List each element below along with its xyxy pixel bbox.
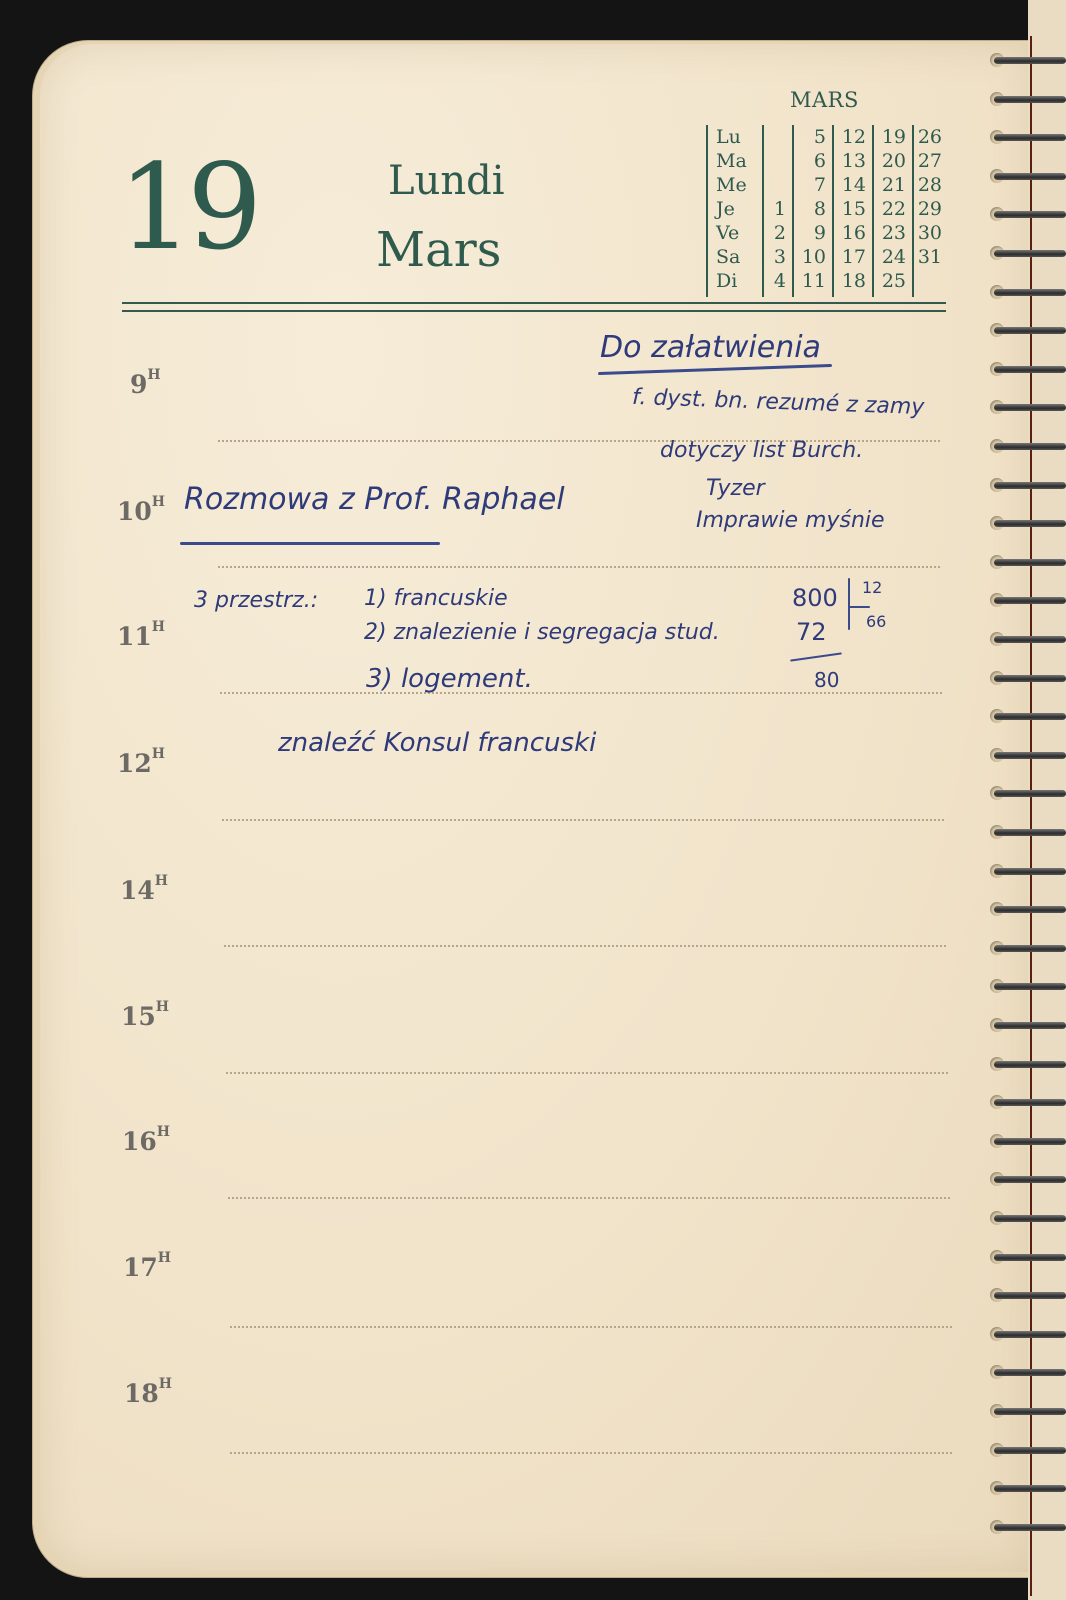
dotted-line xyxy=(228,1197,950,1199)
calendar-date: 23 xyxy=(876,221,906,245)
spiral-ring xyxy=(990,1364,1066,1380)
dotted-line xyxy=(226,1072,948,1074)
points-label: 3 przestrz.: xyxy=(194,588,318,613)
spiral-ring xyxy=(990,1519,1066,1535)
spiral-ring xyxy=(990,1249,1066,1265)
calendar-date: 15 xyxy=(836,197,866,221)
dotted-line xyxy=(218,566,940,568)
calendar-day-label: Me xyxy=(716,173,756,197)
point-item: 3) logement. xyxy=(366,664,533,694)
header-rule xyxy=(122,310,946,312)
dotted-line xyxy=(220,692,942,694)
dotted-line xyxy=(224,945,946,947)
spiral-ring xyxy=(990,824,1066,840)
spiral-ring xyxy=(990,1442,1066,1458)
spiral-ring xyxy=(990,901,1066,917)
spiral-ring xyxy=(990,245,1066,261)
binding-line xyxy=(1030,36,1032,1596)
calendar-date: 22 xyxy=(876,197,906,221)
todo-heading: Do załatwienia xyxy=(600,330,821,365)
spiral-ring xyxy=(990,1133,1066,1149)
month-name: Mars xyxy=(376,222,501,278)
todo-item: Tyzer xyxy=(706,476,765,501)
spiral-ring xyxy=(990,129,1066,145)
spiral-ring xyxy=(990,708,1066,724)
hour-label-12: 12H xyxy=(117,749,165,778)
find-note: znaleźć Konsul francuski xyxy=(278,728,596,758)
spiral-ring xyxy=(990,1056,1066,1072)
spiral-ring xyxy=(990,592,1066,608)
calendar-day-label: Sa xyxy=(716,245,756,269)
spiral-ring xyxy=(990,1480,1066,1496)
calendar-date: 11 xyxy=(796,269,826,293)
calendar-date: 1 xyxy=(756,197,786,221)
calendar-date: 31 xyxy=(912,245,942,269)
calendar-date: 29 xyxy=(912,197,942,221)
hour-label-10: 10H xyxy=(117,497,165,526)
dotted-line xyxy=(230,1326,952,1328)
spiral-ring xyxy=(990,978,1066,994)
spiral-ring xyxy=(990,747,1066,763)
calendar-day-label: Lu xyxy=(716,125,756,149)
hour-label-14: 14H xyxy=(120,876,168,905)
spiral-ring xyxy=(990,361,1066,377)
calendar-date: 6 xyxy=(796,149,826,173)
todo-item: dotyczy list Burch. xyxy=(660,438,863,463)
calc-result: 80 xyxy=(814,668,839,692)
hour-label-11: 11H xyxy=(117,622,165,651)
spiral-ring xyxy=(990,1403,1066,1419)
hour-label-9: 9H xyxy=(130,370,161,399)
calendar-date: 28 xyxy=(912,173,942,197)
spiral-ring xyxy=(990,631,1066,647)
calendar-divider xyxy=(832,125,834,297)
calc-value: 12 xyxy=(862,578,882,597)
calendar-divider xyxy=(872,125,874,297)
calendar-date: 9 xyxy=(796,221,826,245)
calendar-day-label: Di xyxy=(716,269,756,293)
spiral-ring xyxy=(990,670,1066,686)
dotted-line xyxy=(222,819,944,821)
spiral-ring xyxy=(990,785,1066,801)
calendar-date: 17 xyxy=(836,245,866,269)
mini-calendar-title: MARS xyxy=(790,88,859,112)
calendar-date: 25 xyxy=(876,269,906,293)
calc-value: 72 xyxy=(796,618,827,646)
day-number: 19 xyxy=(118,148,256,266)
calendar-date: 24 xyxy=(876,245,906,269)
weekday: Lundi xyxy=(388,158,504,204)
calendar-divider xyxy=(792,125,794,297)
spiral-ring xyxy=(990,322,1066,338)
calendar-date: 12 xyxy=(836,125,866,149)
calc-divider xyxy=(848,578,850,630)
spiral-ring xyxy=(990,940,1066,956)
meeting-underline xyxy=(180,542,440,545)
calendar-date: 26 xyxy=(912,125,942,149)
calc-value: 800 xyxy=(792,584,838,612)
header-rule xyxy=(122,302,946,304)
spiral-ring xyxy=(990,1017,1066,1033)
spiral-ring xyxy=(990,863,1066,879)
calendar-date: 30 xyxy=(912,221,942,245)
calendar-date: 27 xyxy=(912,149,942,173)
calendar-date: 2 xyxy=(756,221,786,245)
calc-value: 66 xyxy=(866,612,886,631)
calendar-date: 10 xyxy=(796,245,826,269)
calendar-date: 8 xyxy=(796,197,826,221)
todo-item: Imprawie myśnie xyxy=(696,508,885,533)
spiral-ring xyxy=(990,91,1066,107)
calendar-day-label: Ve xyxy=(716,221,756,245)
calendar-date: 19 xyxy=(876,125,906,149)
spiral-ring xyxy=(990,515,1066,531)
calendar-date: 18 xyxy=(836,269,866,293)
calendar-date: 20 xyxy=(876,149,906,173)
point-item: 1) francuskie xyxy=(364,586,508,611)
dotted-line xyxy=(230,1452,952,1454)
calendar-day-label: Ma xyxy=(716,149,756,173)
calc-divider xyxy=(848,606,870,608)
spiral-ring xyxy=(990,168,1066,184)
spiral-ring xyxy=(990,1094,1066,1110)
calendar-date: 7 xyxy=(796,173,826,197)
spiral-ring xyxy=(990,399,1066,415)
point-item: 2) znalezienie i segregacja stud. xyxy=(364,620,720,645)
calendar-date: 14 xyxy=(836,173,866,197)
spiral-ring xyxy=(990,1210,1066,1226)
calendar-date: 3 xyxy=(756,245,786,269)
hour-label-15: 15H xyxy=(121,1002,169,1031)
calendar-date: 5 xyxy=(796,125,826,149)
spiral-ring xyxy=(990,52,1066,68)
spiral-ring xyxy=(990,438,1066,454)
calendar-date: 13 xyxy=(836,149,866,173)
spiral-ring xyxy=(990,284,1066,300)
spiral-ring xyxy=(990,1287,1066,1303)
calendar-divider xyxy=(706,125,708,297)
calendar-date: 16 xyxy=(836,221,866,245)
spiral-ring xyxy=(990,477,1066,493)
spiral-ring xyxy=(990,554,1066,570)
hour-label-17: 17H xyxy=(123,1253,171,1282)
meeting-note: Rozmowa z Prof. Raphael xyxy=(184,482,565,517)
hour-label-16: 16H xyxy=(122,1127,170,1156)
calendar-date: 21 xyxy=(876,173,906,197)
spiral-ring xyxy=(990,1171,1066,1187)
calendar-day-label: Je xyxy=(716,197,756,221)
spiral-ring xyxy=(990,206,1066,222)
hour-label-18: 18H xyxy=(124,1379,172,1408)
calendar-date: 4 xyxy=(756,269,786,293)
spiral-ring xyxy=(990,1326,1066,1342)
